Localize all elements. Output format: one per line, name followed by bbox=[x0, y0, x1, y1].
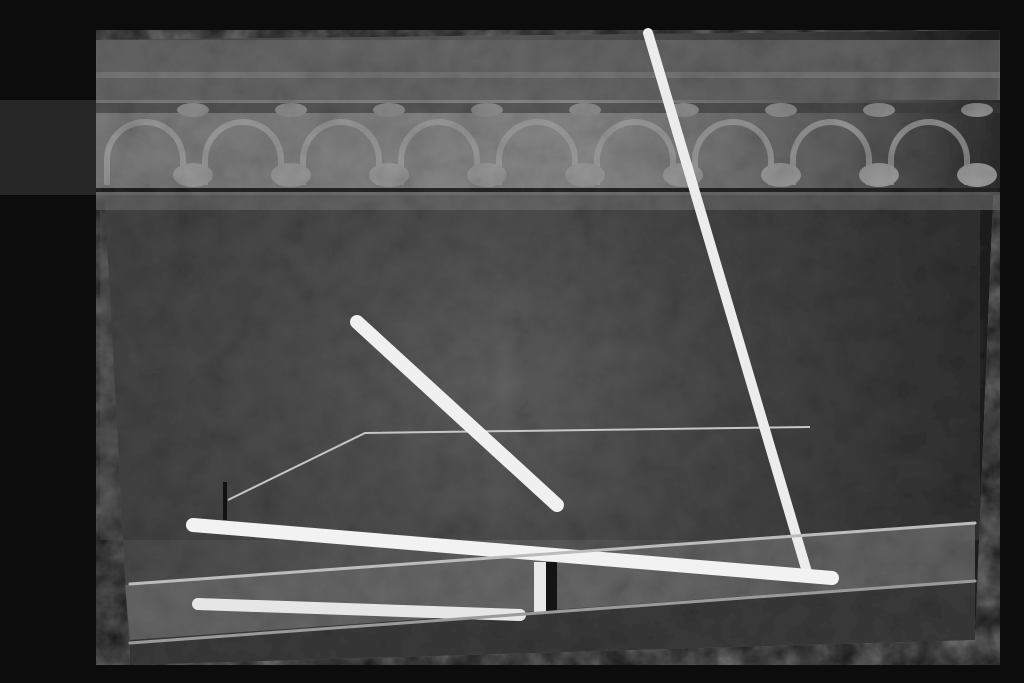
photo-canvas bbox=[0, 0, 1024, 683]
post bbox=[223, 482, 227, 520]
post-shadow bbox=[545, 562, 557, 612]
photograph bbox=[0, 0, 1024, 683]
frieze-shadow-left bbox=[0, 100, 100, 195]
